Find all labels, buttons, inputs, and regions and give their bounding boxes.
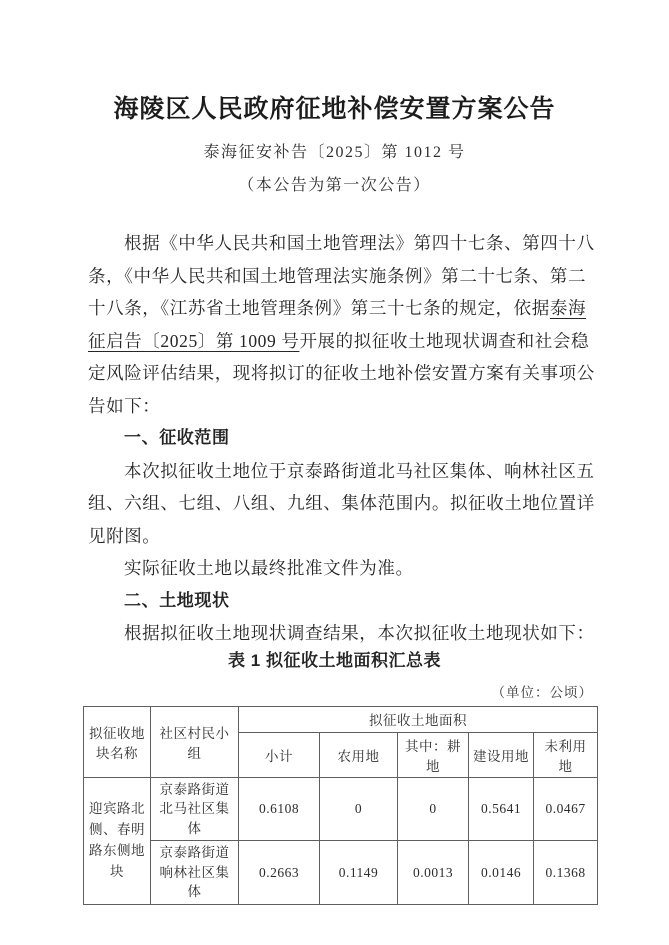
cell-unused-row1: 0.0467 <box>534 777 598 841</box>
section-1-heading: 一、征收范围 <box>88 422 595 455</box>
page-title: 海陵区人民政府征地补偿安置方案公告 <box>0 94 669 126</box>
document-number: 泰海征安补告〔2025〕第 1012 号 <box>0 139 669 162</box>
cell-unused-row2: 0.1368 <box>534 841 598 905</box>
reference-doc-underline-end: 征启告〔2025〕第 1009 号 <box>88 331 299 351</box>
header-land-area-group: 拟征收土地面积 <box>239 706 598 732</box>
cell-block-name: 迎宾路北侧、春明路东侧地块 <box>84 777 151 904</box>
header-subtotal: 小计 <box>239 732 320 777</box>
intro-line-4-text: 开展的拟征收土地现状调查和社会稳 <box>299 331 589 351</box>
cell-subtotal-row1: 0.6108 <box>239 777 320 841</box>
section-1-line-2: 组、六组、七组、八组、九组、集体范围内。拟征收土地位置详 <box>88 487 595 520</box>
cell-agricultural-row2: 0.1149 <box>320 841 398 905</box>
cell-subtotal-row2: 0.2663 <box>239 841 320 905</box>
header-community-group: 社区村民小组 <box>151 706 239 777</box>
intro-line-5: 定风险评估结果，现将拟订的征收土地补偿安置方案有关事项公 <box>88 357 595 390</box>
table-row: 京泰路街道响林社区集体 0.2663 0.1149 0.0013 0.0146 … <box>84 841 598 905</box>
intro-line-2: 条，《中华人民共和国土地管理法实施条例》第二十七条、第二 <box>88 260 595 293</box>
cell-cultivated-row1: 0 <box>398 777 469 841</box>
section-2-heading: 二、土地现状 <box>88 585 595 618</box>
cell-cultivated-row2: 0.0013 <box>398 841 469 905</box>
header-agricultural-land: 农用地 <box>320 732 398 777</box>
cell-group-row2: 京泰路街道响林社区集体 <box>151 841 239 905</box>
cell-group-row1: 京泰路街道北马社区集体 <box>151 777 239 841</box>
table-row: 迎宾路北侧、春明路东侧地块 京泰路街道北马社区集体 0.6108 0 0 0.5… <box>84 777 598 841</box>
document-page: 海陵区人民政府征地补偿安置方案公告 泰海征安补告〔2025〕第 1012 号 （… <box>0 0 669 945</box>
section-2-line-1: 根据拟征收土地现状调查结果，本次拟征收土地现状如下： <box>88 617 595 650</box>
section-1-line-4: 实际征收土地以最终批准文件为准。 <box>88 552 595 585</box>
cell-construction-row1: 0.5641 <box>469 777 534 841</box>
header-construction-land: 建设用地 <box>469 732 534 777</box>
reference-doc-underline-start: 泰海 <box>550 298 586 318</box>
intro-line-4: 征启告〔2025〕第 1009 号开展的拟征收土地现状调查和社会稳 <box>88 325 595 358</box>
document-body: 根据《中华人民共和国土地管理法》第四十七条、第四十八 条，《中华人民共和国土地管… <box>88 227 595 650</box>
intro-line-3-text: 十八条，《江苏省土地管理条例》第三十七条的规定，依据 <box>88 298 550 318</box>
section-1-line-3: 见附图。 <box>88 520 595 553</box>
intro-line-3: 十八条，《江苏省土地管理条例》第三十七条的规定，依据泰海 <box>88 292 595 325</box>
first-announcement-note: （本公告为第一次公告） <box>0 172 669 195</box>
header-block-name: 拟征收地块名称 <box>84 706 151 777</box>
header-unused-land: 未利用地 <box>534 732 598 777</box>
section-1-line-1: 本次拟征收土地位于京泰路街道北马社区集体、响林社区五 <box>88 455 595 488</box>
unit-label: （单位：公顷） <box>0 681 593 701</box>
intro-line-1: 根据《中华人民共和国土地管理法》第四十七条、第四十八 <box>88 227 595 260</box>
cell-construction-row2: 0.0146 <box>469 841 534 905</box>
cell-agricultural-row1: 0 <box>320 777 398 841</box>
header-cultivated-land: 其中：耕地 <box>398 732 469 777</box>
intro-line-6: 告如下： <box>88 390 595 423</box>
land-area-summary-table: 拟征收地块名称 社区村民小组 拟征收土地面积 小计 农用地 其中：耕地 建设用地… <box>83 706 598 905</box>
table-header-row-1: 拟征收地块名称 社区村民小组 拟征收土地面积 <box>84 706 598 732</box>
